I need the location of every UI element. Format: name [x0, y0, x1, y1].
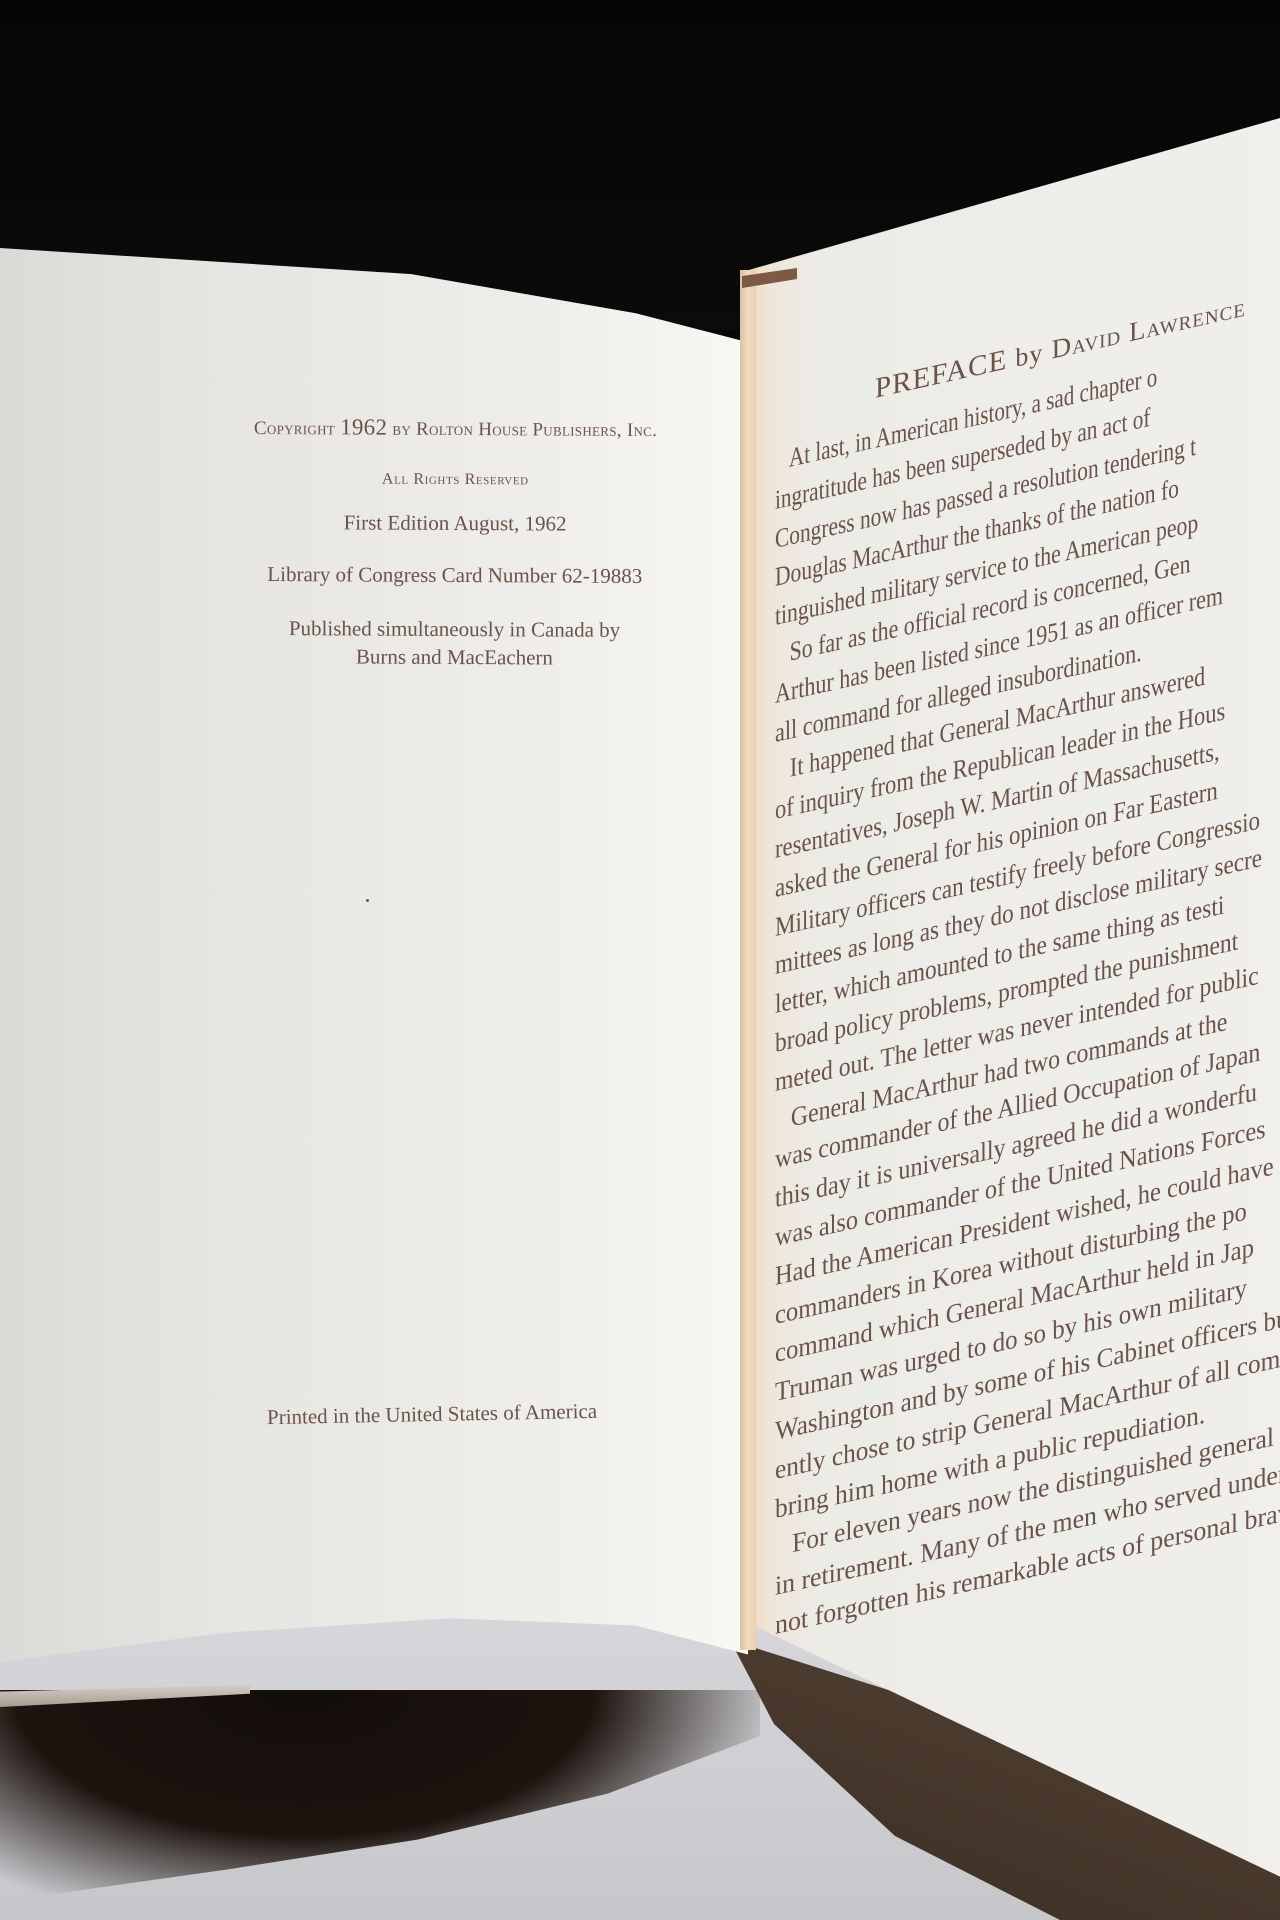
- copyright-year: 1962: [340, 414, 387, 439]
- preface-body: At last, in American history, a sad chap…: [775, 305, 1280, 1645]
- library-of-congress-line: Library of Congress Card Number 62-19883: [195, 562, 715, 588]
- canada-publisher: Published simultaneously in Canada by Bu…: [194, 613, 714, 672]
- copyright-publisher: by Rolton House Publishers, Inc.: [392, 419, 657, 441]
- edition-line: First Edition August, 1962: [195, 511, 715, 537]
- copyright-block: Copyright 1962 by Rolton House Publisher…: [194, 414, 715, 673]
- rights-reserved: All Rights Reserved: [195, 470, 715, 490]
- paper-speck: [366, 899, 369, 902]
- copyright-prefix: Copyright: [254, 418, 335, 439]
- canada-publisher-line1: Published simultaneously in Canada by: [289, 616, 620, 642]
- preface-text: PREFACE by David Lawrence At last, in Am…: [775, 176, 1280, 1620]
- book-gutter: [740, 270, 756, 1650]
- copyright-line: Copyright 1962 by Rolton House Publisher…: [196, 414, 716, 443]
- book-photo: Copyright 1962 by Rolton House Publisher…: [0, 0, 1280, 1920]
- canada-publisher-line2: Burns and MacEachern: [356, 644, 553, 669]
- preface-by: by: [1015, 337, 1043, 372]
